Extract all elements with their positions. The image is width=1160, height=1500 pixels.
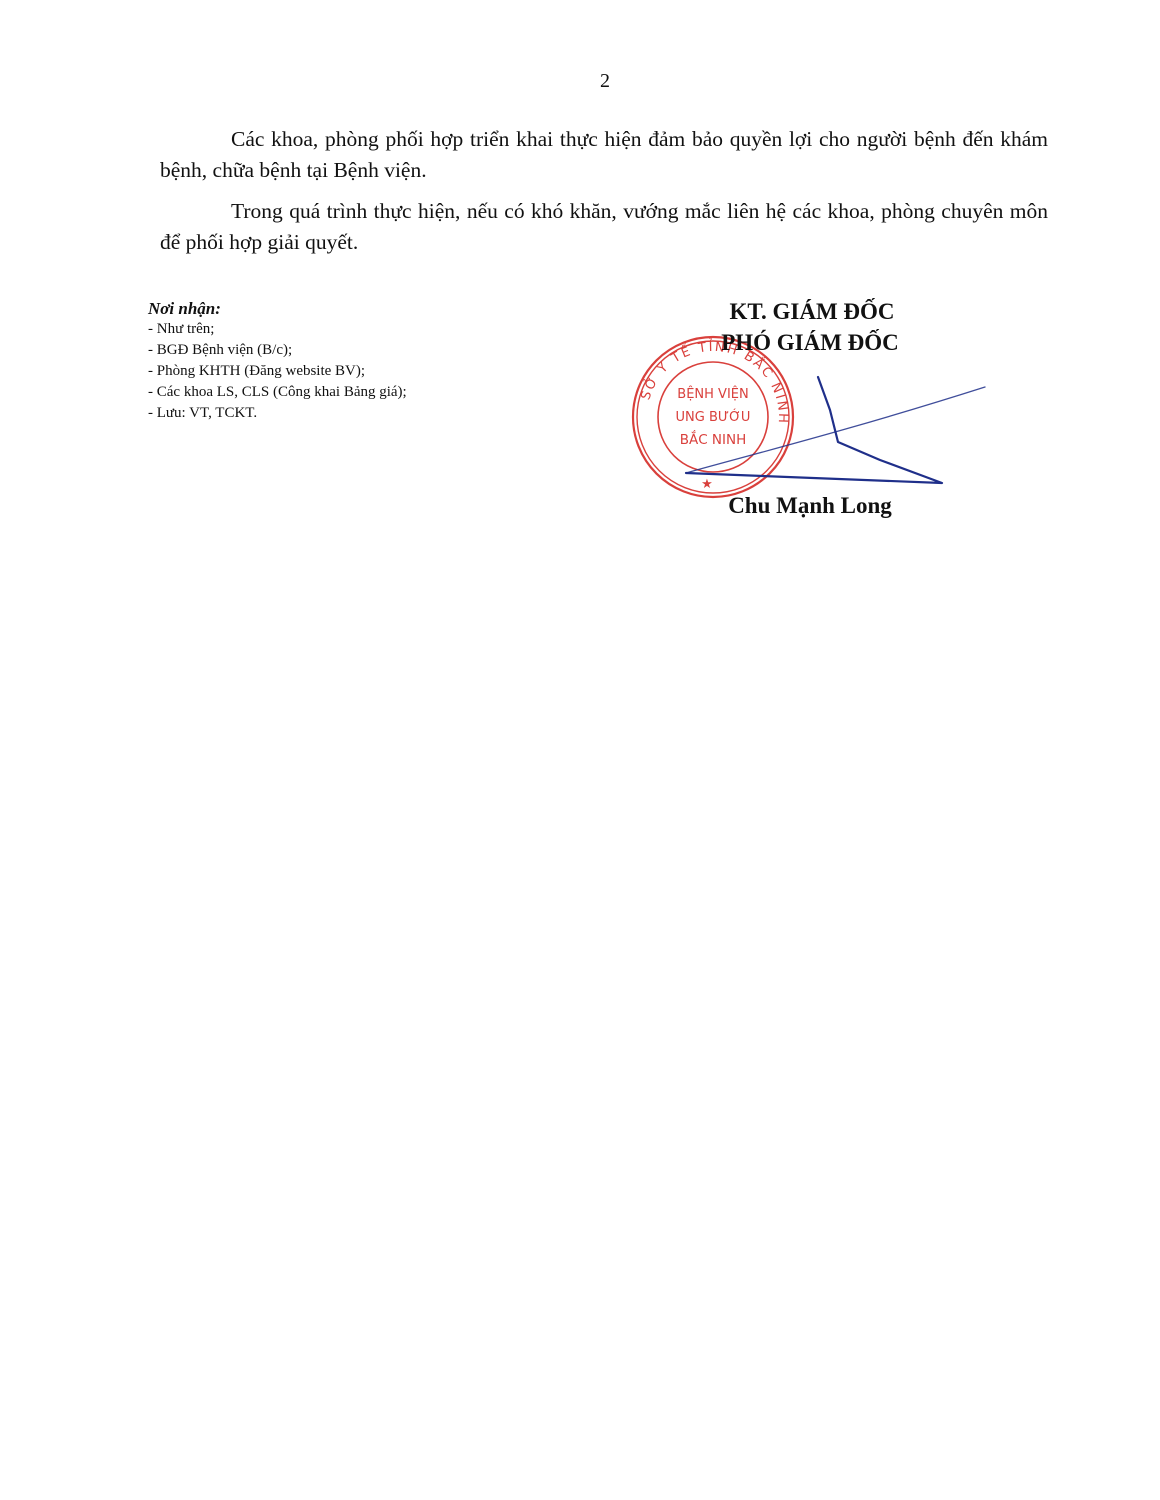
signature-title-line-2: PHÓ GIÁM ĐỐC: [640, 327, 980, 358]
recipient-item: - Các khoa LS, CLS (Công khai Bảng giá);: [148, 382, 407, 403]
handwritten-signature: [620, 360, 1000, 500]
recipient-item: - BGĐ Bệnh viện (B/c);: [148, 340, 407, 361]
recipients-block: Nơi nhận: - Như trên; - BGĐ Bệnh viện (B…: [148, 298, 407, 424]
paragraph-1: Các khoa, phòng phối hợp triển khai thực…: [160, 124, 1048, 186]
page-number: 2: [0, 70, 1160, 93]
paragraph-1-text: Các khoa, phòng phối hợp triển khai thực…: [160, 127, 1048, 182]
signer-name: Chu Mạnh Long: [640, 493, 980, 519]
paragraph-2-text: Trong quá trình thực hiện, nếu có khó kh…: [160, 199, 1048, 254]
recipient-item: - Lưu: VT, TCKT.: [148, 403, 407, 424]
recipients-title: Nơi nhận:: [148, 298, 407, 319]
signature-title-line-1: KT. GIÁM ĐỐC: [640, 296, 980, 327]
signature-title-block: KT. GIÁM ĐỐC PHÓ GIÁM ĐỐC: [640, 296, 980, 358]
paragraph-2: Trong quá trình thực hiện, nếu có khó kh…: [160, 196, 1048, 258]
recipient-item: - Như trên;: [148, 319, 407, 340]
recipient-item: - Phòng KHTH (Đăng website BV);: [148, 361, 407, 382]
